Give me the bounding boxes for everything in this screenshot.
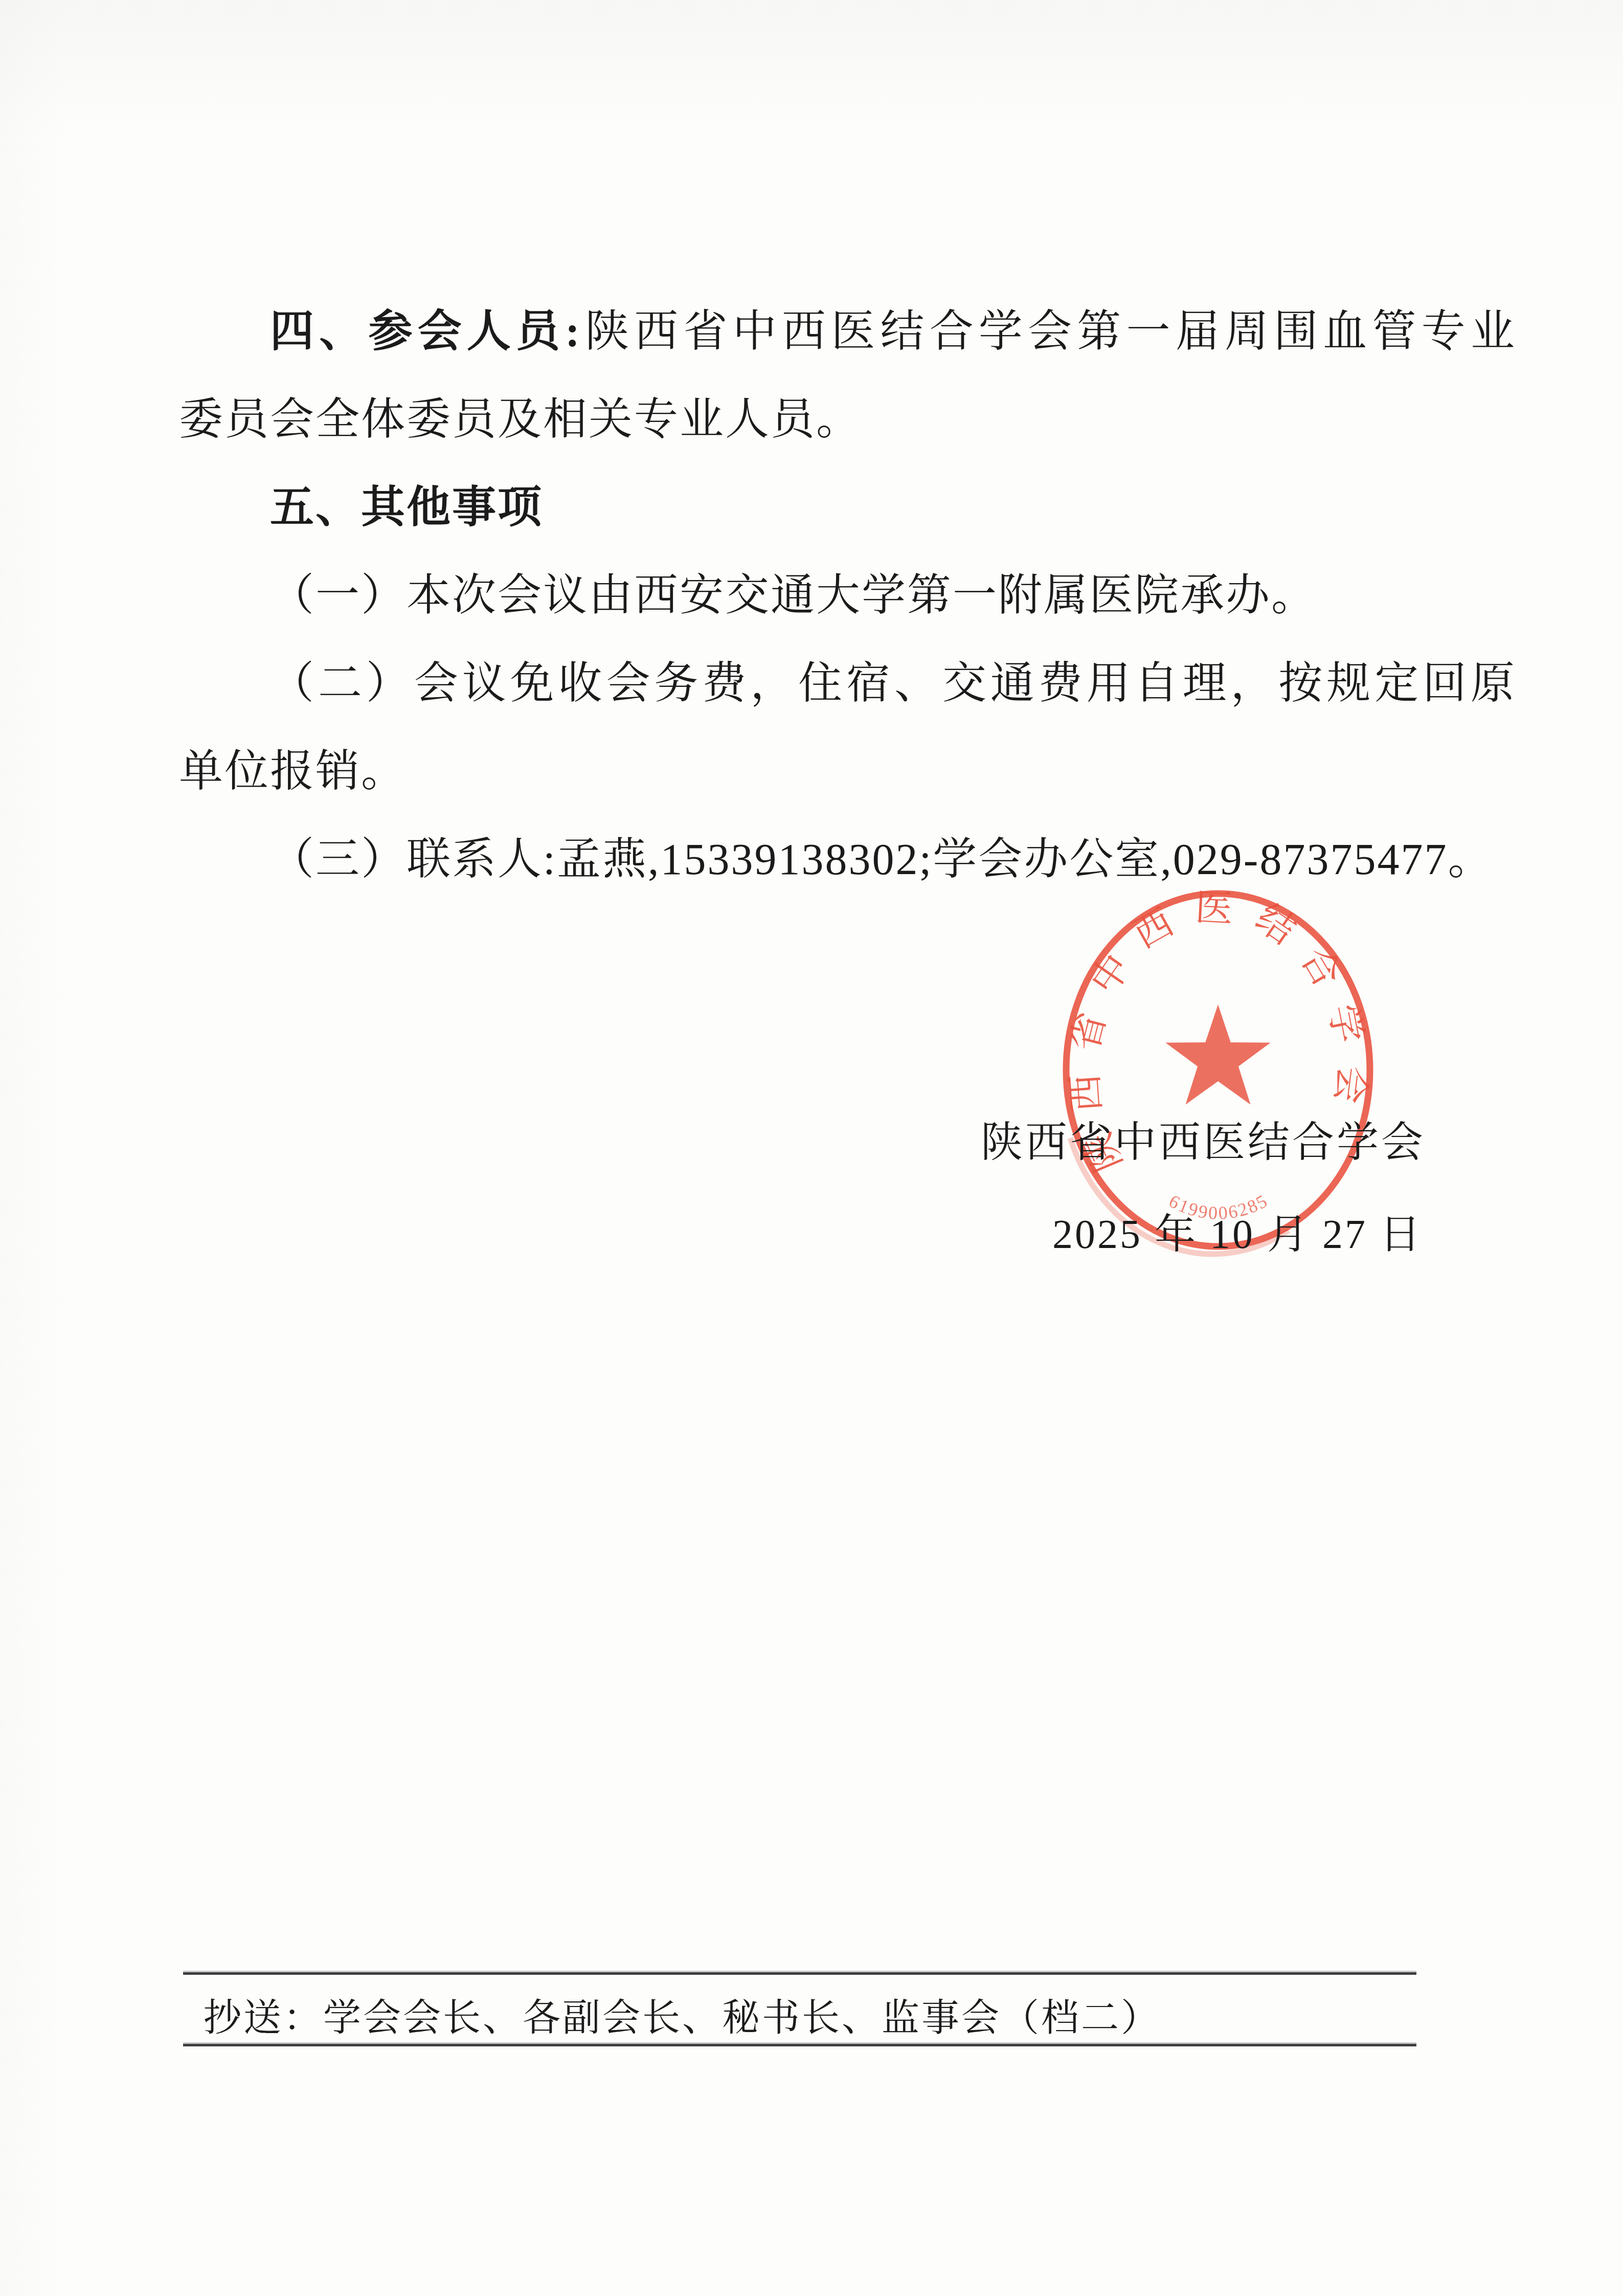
body-line-1-label: 四、参会人员: (270, 307, 581, 356)
body-line-3: 五、其他事项 (179, 463, 1516, 551)
signature-org: 陕西省中西医结合学会 (981, 1109, 1426, 1169)
body-line-5: （二）会议免收会务费，住宿、交通费用自理，按规定回原 (179, 639, 1516, 727)
body-line-1: 四、参会人员:陕西省中西医结合学会第一届周围血管专业 (179, 287, 1516, 375)
signature-date: 2025 年 10 月 27 日 (1052, 1201, 1423, 1260)
seal-star-icon (1165, 1005, 1270, 1104)
footer-divider-top (183, 1972, 1416, 1975)
footer-divider-bottom (183, 2044, 1416, 2046)
body-line-4: （一）本次会议由西安交通大学第一附属医院承办。 (179, 551, 1516, 639)
footer-cc-line: 抄送：学会会长、各副会长、秘书长、监事会（档二） (204, 1988, 1161, 2042)
body-line-6: 单位报销。 (179, 727, 1516, 815)
document-body: 四、参会人员:陕西省中西医结合学会第一届周围血管专业委员会全体委员及相关专业人员… (179, 287, 1516, 903)
scanned-document-page: 四、参会人员:陕西省中西医结合学会第一届周围血管专业委员会全体委员及相关专业人员… (0, 0, 1623, 2296)
body-line-2: 委员会全体委员及相关专业人员。 (179, 375, 1516, 463)
